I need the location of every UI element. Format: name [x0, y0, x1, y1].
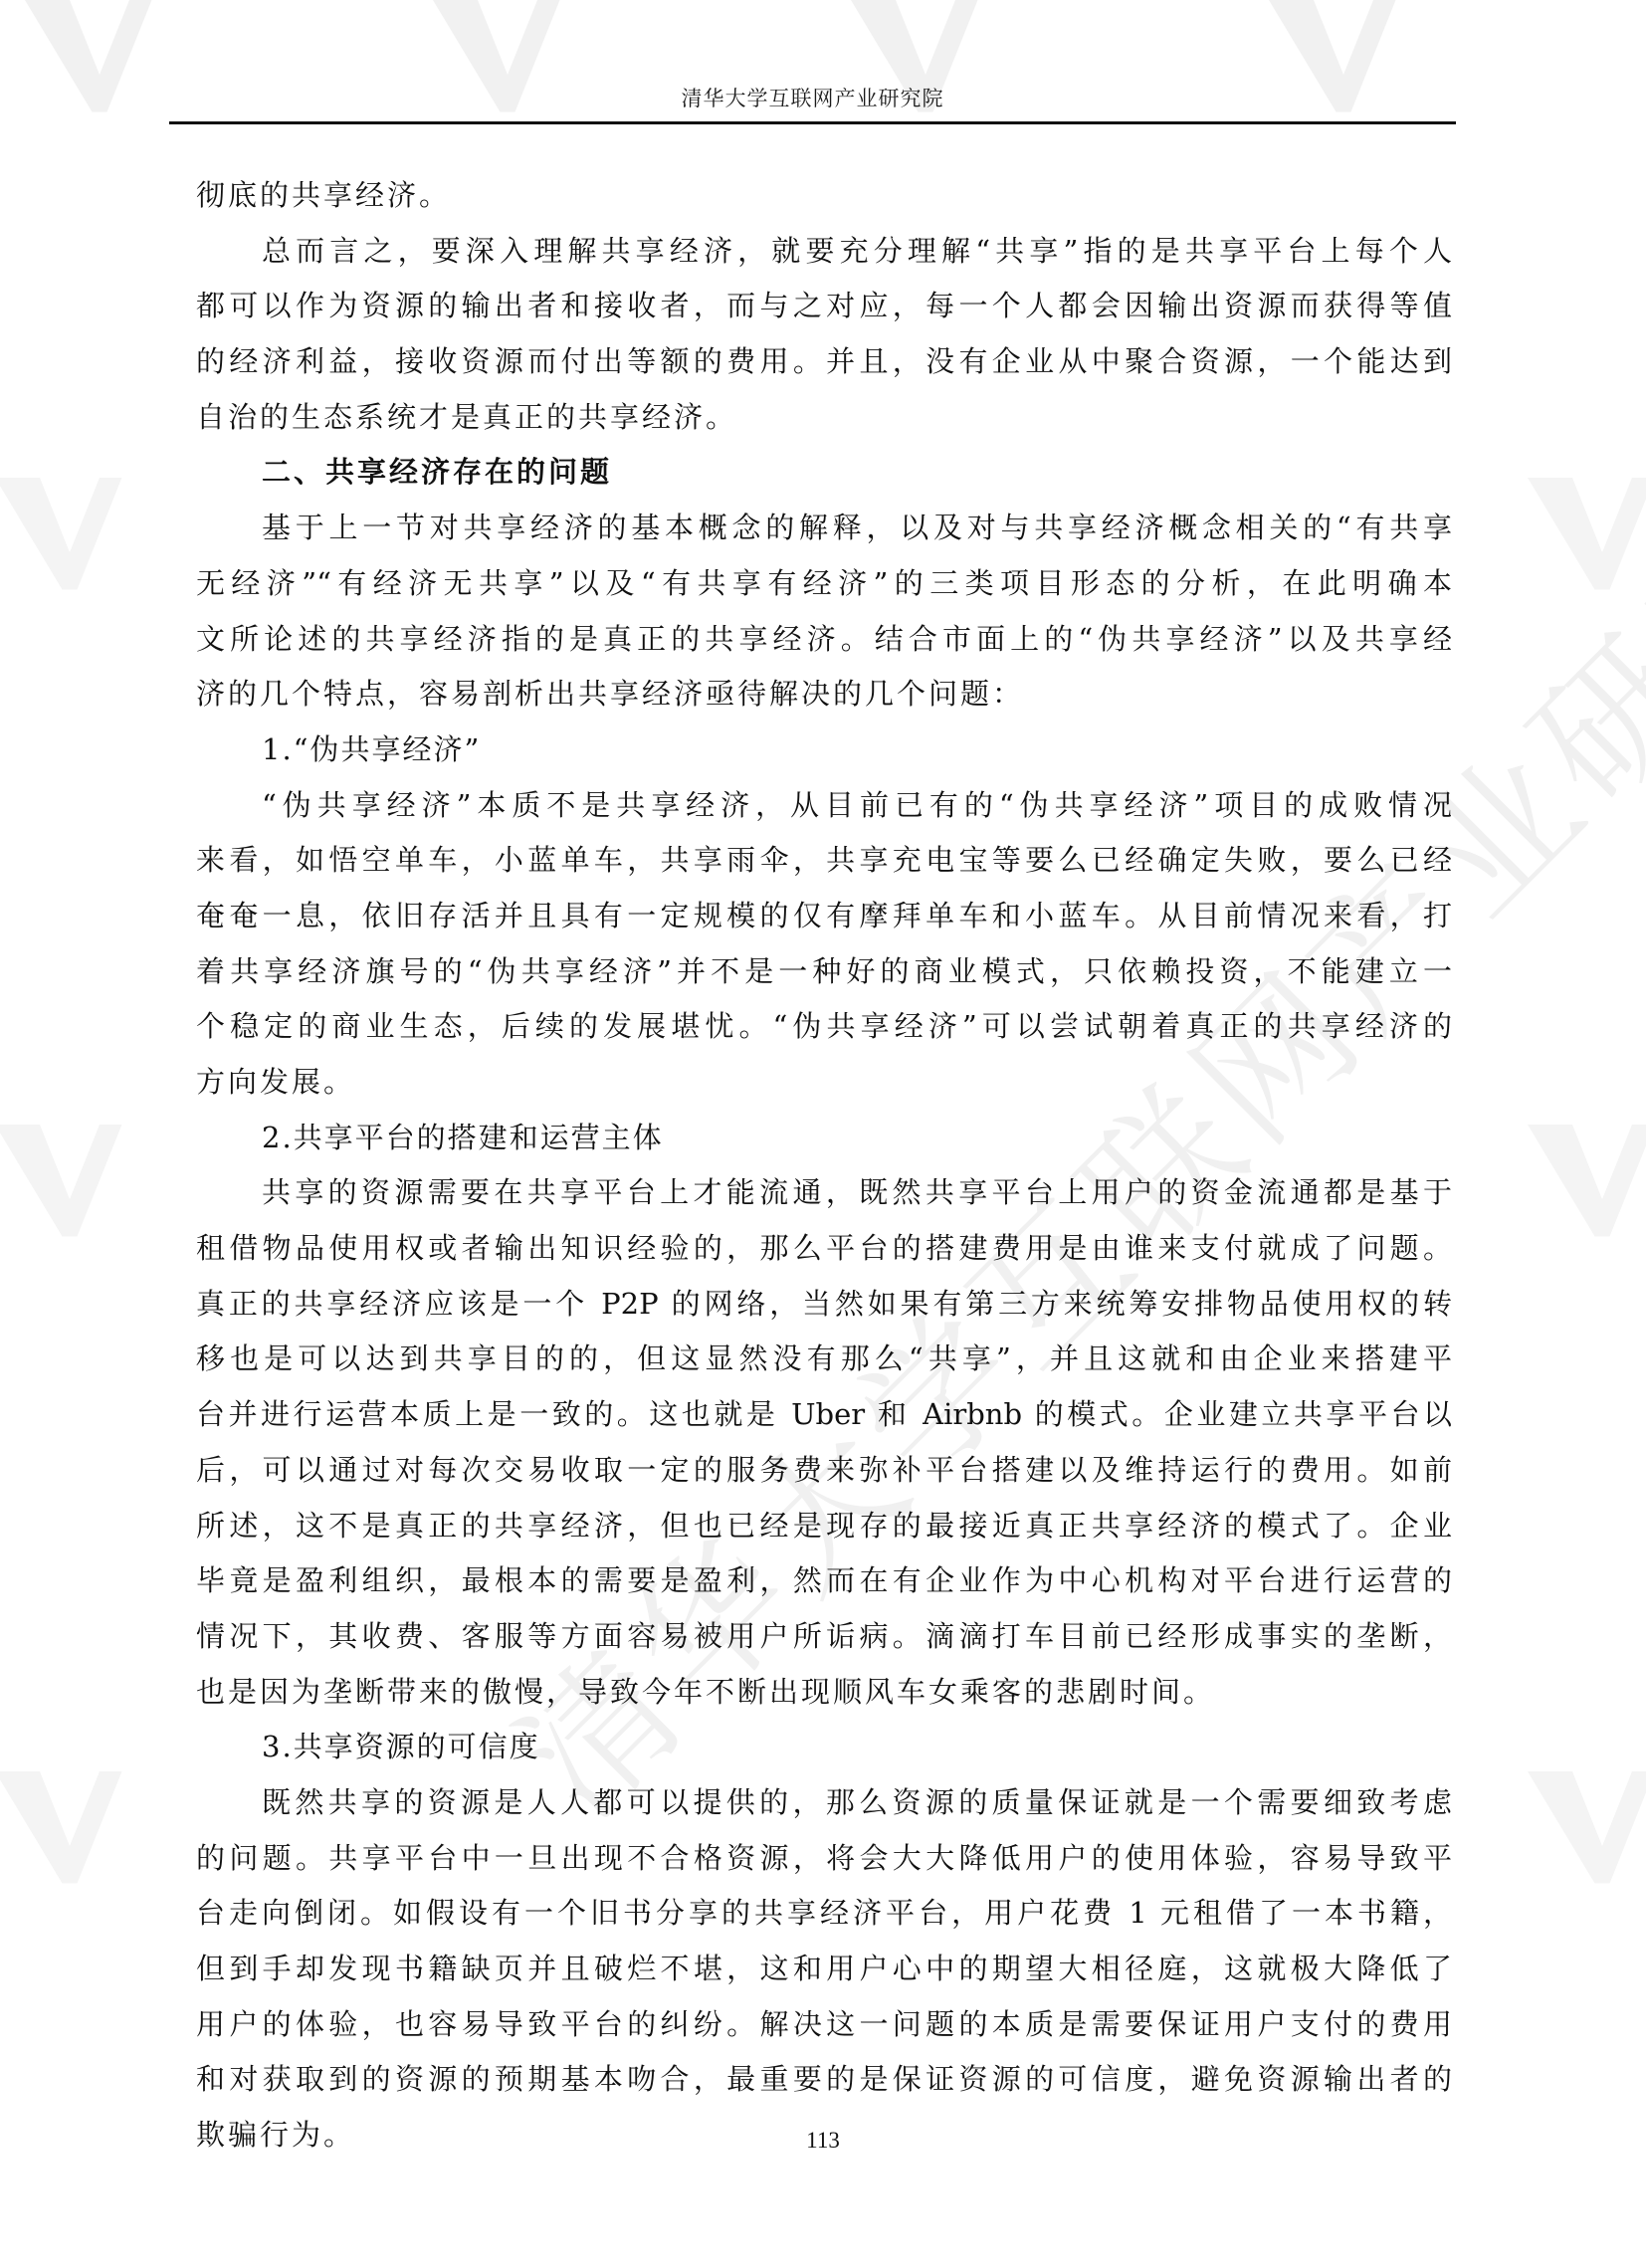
- page-header: 清华大学互联网产业研究院: [169, 82, 1456, 124]
- document-body: 彻底的共享经济。 总而言之，要深入理解共享经济，就要充分理解“共享”指的是共享平…: [196, 174, 1452, 2169]
- text-line: 也是因为垄断带来的傲慢，导致今年不断出现顺风车女乘客的悲剧时间。: [196, 1671, 1452, 1727]
- section-heading: 二、共享经济存在的问题: [196, 451, 1452, 507]
- text-line: 和对获取到的资源的预期基本吻合，最重要的是保证资源的可信度，避免资源输出者的: [196, 2058, 1452, 2114]
- header-title: 清华大学互联网产业研究院: [169, 82, 1456, 115]
- text-line: 但到手却发现书籍缺页并且破烂不堪，这和用户心中的期望大相径庭，这就极大降低了: [196, 1948, 1452, 2003]
- text-line: 无经济”“有经济无共享”以及“有共享有经济”的三类项目形态的分析，在此明确本: [196, 562, 1452, 618]
- watermark-logo-icon: [1513, 1095, 1646, 1244]
- text-line: 共享的资源需要在共享平台上才能流通，既然共享平台上用户的资金流通都是基于: [196, 1171, 1452, 1227]
- subsection-heading: 2.共享平台的搭建和运营主体: [196, 1117, 1452, 1172]
- text-line: 的问题。共享平台中一旦出现不合格资源，将会大大降低用户的使用体验，容易导致平: [196, 1837, 1452, 1893]
- text-line: “伪共享经济”本质不是共享经济，从目前已有的“伪共享经济”项目的成败情况: [196, 784, 1452, 840]
- text-line: 着共享经济旗号的“伪共享经济”并不是一种好的商业模式，只依赖投资，不能建立一: [196, 950, 1452, 1006]
- text-line: 个稳定的商业生态，后续的发展堪忧。“伪共享经济”可以尝试朝着真正的共享经济的: [196, 1005, 1452, 1061]
- text-line: 总而言之，要深入理解共享经济，就要充分理解“共享”指的是共享平台上每个人: [196, 230, 1452, 286]
- text-line: 移也是可以达到共享目的的，但这显然没有那么“共享”，并且这就和由企业来搭建平: [196, 1338, 1452, 1393]
- text-line: 济的几个特点，容易剖析出共享经济亟待解决的几个问题：: [196, 673, 1452, 728]
- watermark-logo-icon: [10, 0, 159, 119]
- page-number: 113: [0, 2128, 1646, 2154]
- watermark-logo-icon: [1513, 448, 1646, 597]
- subsection-heading: 1.“伪共享经济”: [196, 728, 1452, 784]
- text-line: 用户的体验，也容易导致平台的纠纷。解决这一问题的本质是需要保证用户支付的费用: [196, 2003, 1452, 2059]
- subsection-heading: 3.共享资源的可信度: [196, 1726, 1452, 1781]
- watermark-logo-icon: [1513, 1742, 1646, 1891]
- text-line: 毕竟是盈利组织，最根本的需要是盈利，然而在有企业作为中心机构对平台进行运营的: [196, 1559, 1452, 1615]
- text-line: 基于上一节对共享经济的基本概念的解释，以及对与共享经济概念相关的“有共享: [196, 507, 1452, 562]
- text-line: 台并进行运营本质上是一致的。这也就是 Uber 和 Airbnb 的模式。企业建…: [196, 1393, 1452, 1449]
- text-line: 彻底的共享经济。: [196, 174, 1452, 230]
- text-line: 后，可以通过对每次交易收取一定的服务费来弥补平台搭建以及维持运行的费用。如前: [196, 1449, 1452, 1505]
- watermark-logo-icon: [0, 448, 129, 597]
- text-line: 文所论述的共享经济指的是真正的共享经济。结合市面上的“伪共享经济”以及共享经: [196, 618, 1452, 674]
- header-rule: [169, 121, 1456, 124]
- text-line: 台走向倒闭。如假设有一个旧书分享的共享经济平台，用户花费 1 元租借了一本书籍，: [196, 1892, 1452, 1948]
- text-line: 情况下，其收费、客服等方面容易被用户所诟病。滴滴打车目前已经形成事实的垄断，: [196, 1615, 1452, 1671]
- text-line: 所述，这不是真正的共享经济，但也已经是现存的最接近真正共享经济的模式了。企业: [196, 1505, 1452, 1560]
- text-line: 租借物品使用权或者输出知识经验的，那么平台的搭建费用是由谁来支付就成了问题。: [196, 1227, 1452, 1283]
- text-line: 既然共享的资源是人人都可以提供的，那么资源的质量保证就是一个需要细致考虑: [196, 1781, 1452, 1837]
- text-line: 来看，如悟空单车，小蓝单车，共享雨伞，共享充电宝等要么已经确定失败，要么已经: [196, 839, 1452, 895]
- text-line: 的经济利益，接收资源而付出等额的费用。并且，没有企业从中聚合资源，一个能达到: [196, 340, 1452, 396]
- watermark-logo-icon: [0, 1742, 129, 1891]
- watermark-logo-icon: [0, 1095, 129, 1244]
- text-line: 真正的共享经济应该是一个 P2P 的网络，当然如果有第三方来统筹安排物品使用权的…: [196, 1283, 1452, 1339]
- text-line: 奄奄一息，依旧存活并且具有一定规模的仅有摩拜单车和小蓝车。从目前情况来看，打: [196, 895, 1452, 950]
- text-line: 自治的生态系统才是真正的共享经济。: [196, 396, 1452, 452]
- text-line: 方向发展。: [196, 1061, 1452, 1117]
- text-line: 都可以作为资源的输出者和接收者，而与之对应，每一个人都会因输出资源而获得等值: [196, 285, 1452, 340]
